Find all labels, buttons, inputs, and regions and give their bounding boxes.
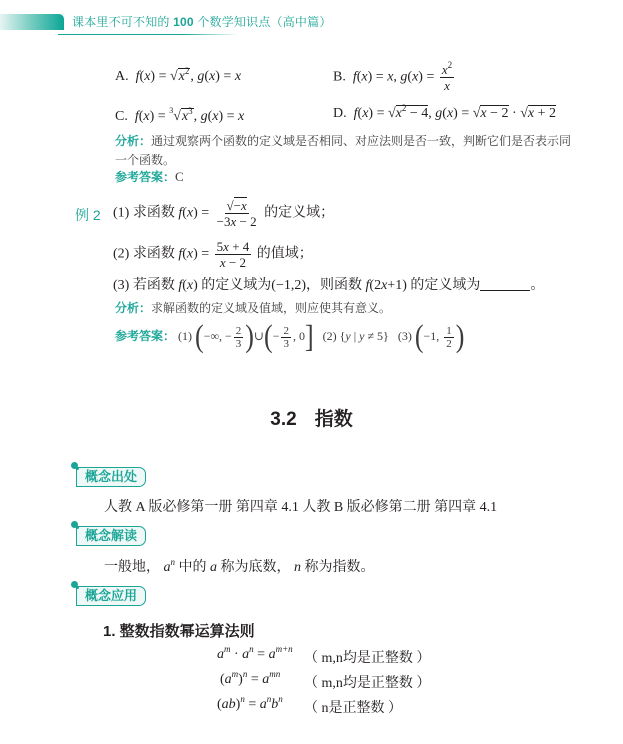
option-a-label: A. (115, 69, 129, 84)
section-title: 3.2指数 (0, 404, 623, 431)
option-c: C. f(x) = 3√x3, g(x) = x (115, 106, 244, 125)
rule-1-note: （ m,n均是正整数 ） (304, 647, 430, 667)
sparkle-dot-icon (71, 462, 78, 469)
fraction: x2x (440, 62, 454, 93)
option-d: D. f(x) = √x2 − 4, g(x) = √x − 2 · √x + … (333, 106, 556, 122)
answer-3-number: (3) (398, 329, 412, 343)
question-1: (1) 求函数 f(x) = √−x−3x − 2 的定义域； (113, 198, 334, 229)
option-a: A. f(x) = √x2, g(x) = x (115, 68, 241, 85)
subsection-heading: 1. 整数指数幂运算法则 (103, 620, 255, 641)
q3-text-d: 的定义域为 (410, 278, 480, 293)
book-title: 课本里不可不知的 100 个数学知识点（高中篇） (72, 13, 332, 30)
rule-1: am · an = am+n （ m,n均是正整数 ） (217, 647, 293, 663)
answer-value: C (175, 169, 184, 184)
analysis-text: 求解函数的定义域及值域，则应使其有意义。 (151, 301, 391, 315)
option-d-label: D. (333, 106, 347, 121)
q1-fraction: √−x−3x − 2 (215, 198, 259, 229)
section-number: 3.2 (270, 409, 296, 430)
q3-text-b: 的定义域为 (201, 278, 271, 293)
book-title-prefix: 课本里不可不知的 (72, 15, 170, 29)
tag-concept-source: 概念出处 (76, 467, 146, 487)
answer-label: 参考答案： (115, 329, 175, 343)
rule-3-note: （ n是正整数 ） (304, 697, 402, 717)
concept-explain-text: 一般地， an 中的 a 称为底数， n 称为指数。 (104, 556, 375, 576)
example2-analysis: 分析：求解函数的定义域及值域，则应使其有意义。 (115, 299, 575, 318)
q1-prefix: 求函数 (133, 206, 175, 221)
q3-text-c: ，则函数 (306, 278, 362, 293)
analysis-label: 分析： (115, 301, 151, 315)
header-underline (58, 34, 238, 35)
example1-analysis: 分析：通过观察两个函数的定义域是否相同、对应法则是否一致，判断它们是否表示同一个… (115, 132, 575, 170)
q3-number: (3) (113, 278, 129, 293)
tag-label: 概念应用 (85, 588, 137, 603)
option-b-label: B. (333, 70, 346, 85)
analysis-text: 通过观察两个函数的定义域是否相同、对应法则是否一致，判断它们是否表示同一个函数。 (115, 134, 571, 167)
question-2: (2) 求函数 f(x) = 5x + 4x − 2 的值域； (113, 239, 313, 270)
q2-fraction: 5x + 4x − 2 (215, 239, 252, 270)
q3-interval: (−1,2) (271, 278, 306, 293)
option-b: B. f(x) = x, g(x) = x2x (333, 62, 456, 93)
answer-blank (480, 277, 530, 291)
q2-prefix: 求函数 (133, 247, 175, 262)
q2-suffix: 的值域； (257, 247, 313, 262)
tag-label: 概念解读 (85, 528, 137, 543)
header-accent-bar (0, 14, 64, 30)
cube-root-symbol: 3√x3 (169, 106, 193, 125)
tag-concept-apply: 概念应用 (76, 586, 146, 606)
sqrt-symbol: √x2 (170, 68, 190, 85)
q3-text-a: 若函数 (133, 278, 175, 293)
sparkle-dot-icon (71, 521, 78, 528)
page-header: 课本里不可不知的 100 个数学知识点（高中篇） (0, 10, 623, 36)
q2-number: (2) (113, 247, 129, 262)
tag-label: 概念出处 (85, 469, 137, 484)
concept-source-text: 人教 A 版必修第一册 第四章 4.1 人教 B 版必修第二册 第四章 4.1 (104, 496, 497, 516)
rule-2: (am)n = amn （ m,n均是正整数 ） (220, 672, 280, 688)
rule-2-note: （ m,n均是正整数 ） (304, 672, 430, 692)
example-2-label: 例 2 (75, 205, 101, 225)
answer-1-number: (1) (178, 329, 192, 343)
answer-2-number: (2) (323, 329, 337, 343)
section-name: 指数 (315, 409, 353, 430)
tag-concept-explain: 概念解读 (76, 526, 146, 546)
q1-number: (1) (113, 206, 129, 221)
example2-answer: 参考答案： (1) (−∞, −23)∪(−23, 0] (2) {y | y … (115, 324, 575, 350)
analysis-label: 分析： (115, 134, 151, 148)
rule-3: (ab)n = anbn （ n是正整数 ） (217, 697, 283, 713)
question-3: (3) 若函数 f(x) 的定义域为(−1,2)，则函数 f(2x+1) 的定义… (113, 274, 544, 294)
sparkle-dot-icon (71, 581, 78, 588)
explain-text-a: 一般地， (104, 560, 160, 575)
explain-text-b: 中的 (179, 560, 207, 575)
book-title-suffix: 个数学知识点（高中篇） (197, 15, 331, 29)
answer-label: 参考答案： (115, 170, 175, 184)
q1-suffix: 的定义域； (264, 206, 334, 221)
q3-end: 。 (530, 278, 544, 293)
book-title-number: 100 (173, 15, 194, 29)
example1-answer: 参考答案：C (115, 167, 575, 187)
explain-text-d: 称为指数。 (305, 560, 375, 575)
option-c-label: C. (115, 109, 128, 124)
explain-text-c: 称为底数， (221, 560, 291, 575)
